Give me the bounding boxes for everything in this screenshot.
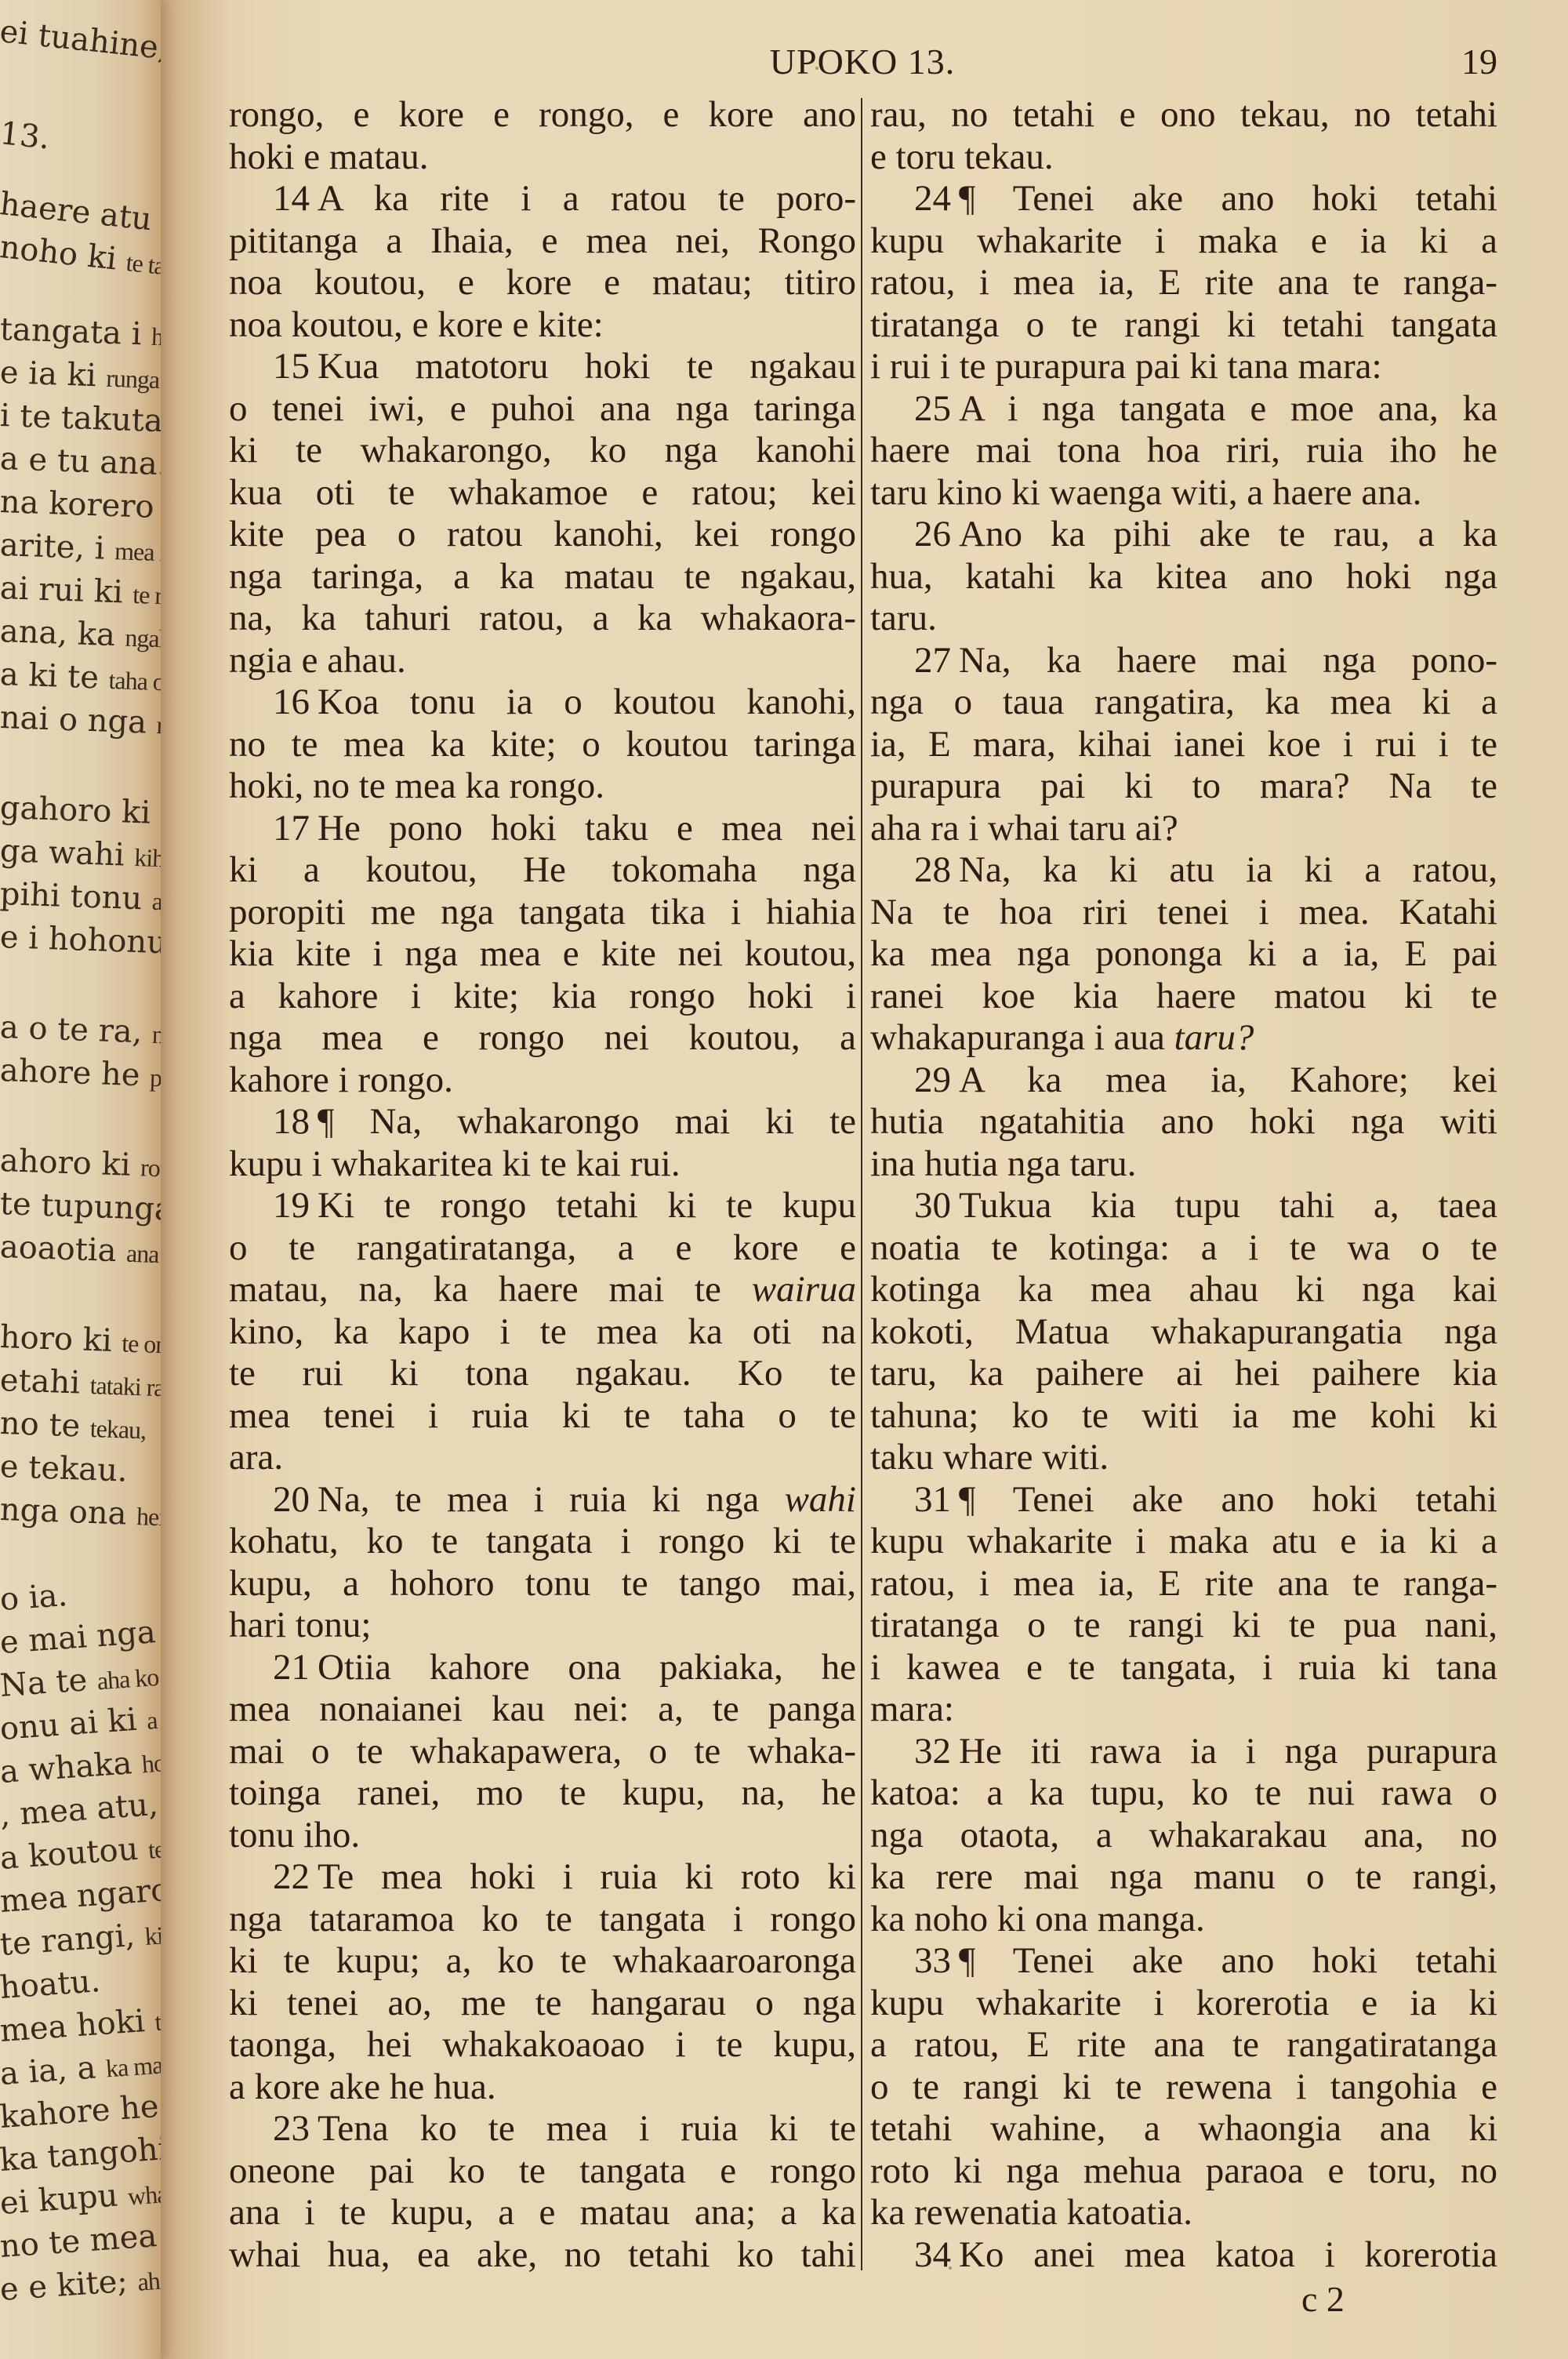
fragment-text: te tupunga <box>0 1186 161 1228</box>
fragment-compressed-text: ka ma <box>105 2051 161 2083</box>
previous-page-text-fragment: onu ai ki a rato <box>0 1699 161 1745</box>
line-text: ka rewenatia katoatia. <box>870 2192 1192 2233</box>
text-line: taku whare witi. <box>870 1437 1497 1479</box>
verse-number: 19 <box>273 1185 310 1226</box>
fragment-text: mea ngaro <box>0 1871 161 1920</box>
line-text: kupu, a hohoro tonu te tango mai, <box>229 1563 856 1604</box>
paper-speck <box>949 2266 952 2270</box>
page-number: 19 <box>1461 41 1497 82</box>
line-text: aha ra i whai taru ai? <box>870 808 1178 849</box>
text-line: toinga ranei, mo te kupu, na, he <box>229 1772 856 1815</box>
line-text: e toru tekau. <box>870 136 1054 177</box>
line-text: ki te kupu; a, ko te whakaaroaronga <box>229 1940 856 1981</box>
text-line: kino, ka kapo i te mea ka oti na <box>229 1311 856 1354</box>
text-line: nga tataramoa ko te tangata i rongo <box>229 1899 856 1941</box>
fragment-text: no te <box>0 1405 91 1445</box>
line-text: ¶ Tenei ake ano hoki tetahi <box>959 1940 1497 1981</box>
fragment-text: e e kite; <box>0 2263 139 2308</box>
previous-page-text-fragment: hoatu. <box>0 1965 101 2004</box>
fragment-text: ahoro ki <box>0 1143 141 1183</box>
text-line: ki a koutou, He tokomaha nga <box>229 849 856 892</box>
previous-page-text-fragment: a whaka hoking <box>0 1743 161 1788</box>
line-text: Kua matotoru hoki te ngakau <box>318 346 856 387</box>
line-text: ¶ Tenei ake ano hoki tetahi <box>959 1479 1497 1520</box>
text-line: ka rere mai nga manu o te rangi, <box>870 1856 1497 1899</box>
verse-number: 32 <box>914 1731 951 1772</box>
fragment-text: e tekau. <box>0 1448 128 1489</box>
line-text: A i nga tangata e moe ana, ka <box>959 388 1497 429</box>
verse-start-line: 25A i nga tangata e moe ana, ka <box>870 388 1497 431</box>
previous-page-text-fragment: Na te aha ko <box>0 1659 159 1702</box>
previous-page-text-fragment: , mea atu, No <box>0 1786 161 1830</box>
line-text: pititanga a Ihaia, e mea nei, Rongo <box>229 220 856 261</box>
line-text: ka noho ki ona manga. <box>870 1899 1205 1939</box>
line-text: ara. <box>229 1437 283 1478</box>
fragment-text: arite, i <box>0 527 115 567</box>
text-line: noa koutou, e kore e kite: <box>229 304 856 347</box>
italic-word: taru? <box>1174 1017 1254 1058</box>
text-line: kite pea o ratou kanohi, kei rongo <box>229 514 856 556</box>
fragment-text: ahore he <box>0 1052 151 1094</box>
text-line: kua oti te whakamoe e ratou; kei <box>229 472 856 514</box>
verse-number: 17 <box>273 808 310 849</box>
text-line: o te rangi ki te rewena i tangohia e <box>870 2066 1497 2109</box>
fragment-text: a koutou <box>0 1830 149 1877</box>
text-line: nga taringa, a ka matau te ngakau, <box>229 556 856 598</box>
text-line: ki tenei ao, me te hangarau o nga <box>229 1983 856 2025</box>
fragment-text: ana, ka <box>0 613 125 654</box>
text-line: pititanga a Ihaia, e mea nei, Rongo <box>229 220 856 263</box>
text-line: mai o te whakapawera, o te whaka- <box>229 1731 856 1773</box>
text-line: nga o taua rangatira, ka mea ki a <box>870 682 1497 724</box>
fragment-text: mea hoki <box>0 2002 156 2049</box>
text-line: ranei koe kia haere matou ki te <box>870 976 1497 1018</box>
text-line: katoa: a ka tupu, ko te nui rawa o <box>870 1772 1497 1815</box>
line-text: o tenei iwi, e puhoi ana nga taringa <box>229 388 856 429</box>
text-line: ka noho ki ona manga. <box>870 1899 1497 1941</box>
fragment-compressed-text: hoking <box>141 1746 161 1779</box>
verse-number: 16 <box>273 682 310 722</box>
previous-page-text-fragment: te rangi, ki <box>0 1918 161 1961</box>
line-text: nga mea e rongo nei koutou, a <box>229 1017 856 1058</box>
verse-number: 26 <box>914 514 951 554</box>
fragment-text: e mai nga <box>0 1613 161 1661</box>
line-text: ana i te kupu, a e matau ana; a ka <box>229 2192 856 2233</box>
text-line: kotinga ka mea ahau ki nga kai <box>870 1269 1497 1311</box>
verse-start-line: 21Otiia kahore ona pakiaka, he <box>229 1647 856 1689</box>
line-text: matau, na, ka haere mai te <box>229 1269 721 1310</box>
line-text: hoki, no te mea ka rongo. <box>229 765 604 806</box>
text-line: kahore i rongo. <box>229 1060 856 1102</box>
previous-page-text-fragment: mea ngaro o <box>0 1873 161 1917</box>
text-line: kupu whakarite i maka e ia ki a <box>870 220 1497 263</box>
line-text: a ratou, E rite ana te rangatiratanga <box>870 2024 1497 2065</box>
fragment-text: hoatu. <box>0 1963 102 2006</box>
previous-page-text-fragment: arite, i mea i <box>0 529 161 566</box>
text-line: hutia ngatahitia ano hoki nga witi <box>870 1101 1497 1143</box>
fragment-text: pihi tonu <box>0 876 153 918</box>
text-line: hoki e matau. <box>229 136 856 179</box>
line-text: taku whare witi. <box>870 1437 1109 1478</box>
fragment-text: onu ai ki <box>0 1701 148 1747</box>
line-text: na, ka tahuri ratou, a ka whakaora- <box>229 598 856 638</box>
text-line: no te mea ka kite; o koutou taringa <box>229 724 856 766</box>
line-text: kupu whakarite i maka e ia ki a <box>870 220 1497 261</box>
previous-page-text-fragment: no te mea ahak <box>0 2216 161 2263</box>
verse-number: 18 <box>273 1101 310 1142</box>
text-line: roto ki nga mehua paraoa e toru, no <box>870 2150 1497 2193</box>
line-text: whakapuranga i aua <box>870 1017 1165 1058</box>
text-line: tetahi wahine, a whaongia ana ki <box>870 2108 1497 2150</box>
line-text: Na, te mea i ruia ki nga <box>318 1479 759 1520</box>
line-text: kupu whakarite i korerotia e ia ki <box>870 1983 1497 2023</box>
text-line: mea nonaianei kau nei: a, te panga <box>229 1688 856 1731</box>
verse-number: 34 <box>914 2234 951 2275</box>
text-line: matau, na, ka haere mai te wairua <box>229 1269 856 1311</box>
previous-page-text-fragment: a ki te taha o <box>0 659 161 696</box>
verse-number: 29 <box>914 1060 951 1100</box>
line-text: ia, E mara, kihai ianei koe i rui i te <box>870 724 1497 765</box>
line-text: katoa: a ka tupu, ko te nui rawa o <box>870 1772 1497 1813</box>
verse-start-line: 17He pono hoki taku e mea nei <box>229 808 856 850</box>
running-header: UPOKO 13. 19 <box>227 39 1497 86</box>
line-text: A ka mea ia, Kahore; kei <box>959 1060 1497 1100</box>
text-line: kokoti, Matua whakapurangatia nga <box>870 1311 1497 1354</box>
line-text: ka rere mai nga manu o te rangi, <box>870 1856 1497 1897</box>
fragment-text: , mea atu, <box>0 1786 161 1834</box>
text-line: ratou, i mea ia, E rite ana te ranga- <box>870 1563 1497 1605</box>
text-line: taru, ka paihere ai hei paihere kia <box>870 1353 1497 1395</box>
text-line: ka mea nga pononga ki a ia, E pai <box>870 933 1497 976</box>
previous-page-text-fragment: 13. <box>0 118 51 154</box>
line-text: Ki te rongo tetahi ki te kupu <box>318 1185 856 1226</box>
previous-page-text-fragment: e e kite; ahak <box>0 2262 161 2306</box>
fragment-text: ei tuahine, <box>0 13 161 68</box>
text-line: i rui i te purapura pai ki tana mara: <box>870 346 1497 388</box>
fragment-compressed-text: te onea <box>122 1329 161 1359</box>
previous-page-text-fragment: i te takutai ai <box>0 400 161 438</box>
text-line: purapura pai ki to mara? Na te <box>870 765 1497 808</box>
text-line: whai hua, ea ake, no tetahi ko tahi <box>229 2234 856 2277</box>
text-line: ina hutia nga taru. <box>870 1143 1497 1186</box>
line-text: o te rangatiratanga, a e kore e <box>229 1227 856 1268</box>
text-line: o tenei iwi, e puhoi ana nga taringa <box>229 388 856 431</box>
line-text: ratou, i mea ia, E rite ana te ranga- <box>870 262 1497 303</box>
fragment-text: o ia. <box>0 1577 69 1618</box>
chapter-heading: UPOKO 13. <box>227 41 1497 82</box>
line-text: Tukua kia tupu tahi a, taea <box>959 1185 1497 1226</box>
text-line: mea tenei i ruia ki te taha o te <box>229 1395 856 1438</box>
verse-number: 14 <box>273 178 310 219</box>
line-text: kahore i rongo. <box>229 1060 453 1100</box>
line-text: ki tenei ao, me te hangarau o nga <box>229 1983 856 2023</box>
text-line: taru. <box>870 598 1497 640</box>
line-text: oneone pai ko te tangata e rongo <box>229 2150 856 2191</box>
line-text: ratou, i mea ia, E rite ana te ranga- <box>870 1563 1497 1604</box>
line-text: hua, katahi ka kitea ano hoki nga <box>870 556 1497 597</box>
fragment-text: a e tu ana. <box>0 441 161 482</box>
text-line: ki te kupu; a, ko te whakaaroaronga <box>229 1940 856 1983</box>
verse-number: 22 <box>273 1856 310 1897</box>
fragment-text: ei kupu <box>0 2177 129 2222</box>
verse-start-line: 15Kua matotoru hoki te ngakau <box>229 346 856 388</box>
previous-page-text-fragment: pihi tonu ah <box>0 878 161 916</box>
previous-page-text-fragment: ga wahi kiha <box>0 835 161 873</box>
fragment-compressed-text: teta <box>154 2005 161 2036</box>
line-text: nga tataramoa ko te tangata i rongo <box>229 1899 856 1939</box>
previous-page-text-fragment: no te tekau, <box>0 1408 147 1444</box>
verse-start-line: 33¶ Tenei ake ano hoki tetahi <box>870 1940 1497 1983</box>
fragment-compressed-text: nga <box>151 1020 161 1049</box>
paper-speck <box>925 2117 928 2121</box>
line-text: ka mea nga pononga ki a ia, E pai <box>870 933 1497 974</box>
text-line: tahuna; ko te witi ia me kohi ki <box>870 1395 1497 1438</box>
previous-page-text-fragment: kahore he mea <box>0 2088 161 2133</box>
line-text: Tena ko te mea i ruia ki te <box>318 2108 856 2149</box>
line-text: A ka rite i a ratou te poro- <box>318 178 856 219</box>
verse-start-line: 16Koa tonu ia o koutou kanohi, <box>229 682 856 724</box>
fragment-compressed-text: taha o <box>108 666 161 696</box>
text-line: na, ka tahuri ratou, a ka whakaora- <box>229 598 856 640</box>
text-line: noa koutou, e kore e matau; titiro <box>229 262 856 304</box>
fragment-text: a ki te <box>0 656 109 696</box>
previous-page-text-fragment: na korero ki <box>0 486 161 524</box>
line-text: He pono hoki taku e mea nei <box>318 808 856 849</box>
previous-page-text-fragment: aoaotia ana <box>0 1231 159 1268</box>
book-page-photo: ei tuahine, ki13. haere atu a Ihnoho ki … <box>0 0 1568 2359</box>
line-text: o te rangi ki te rewena i tangohia e <box>870 2066 1497 2107</box>
text-line: ana i te kupu, a e matau ana; a ka <box>229 2192 856 2234</box>
line-text: a kahore i kite; kia rongo hoki i <box>229 976 856 1016</box>
verse-start-line: 34Ko anei mea katoa i korerotia <box>870 2234 1497 2277</box>
text-line: kupu whakarite i korerotia e ia ki <box>870 1983 1497 2025</box>
text-line: ara. <box>229 1437 856 1479</box>
verse-number: 28 <box>914 849 951 890</box>
line-text: kua oti te whakamoe e ratou; kei <box>229 472 856 513</box>
line-text: rau, no tetahi e ono tekau, no tetahi <box>870 94 1497 135</box>
previous-page-text-fragment: a koutou te m <box>0 1830 161 1874</box>
fragment-text: ai rui ki <box>0 570 133 611</box>
line-text: poropiti me nga tangata tika i hiahia <box>229 892 856 932</box>
verse-start-line: 22Te mea hoki i ruia ki roto ki <box>229 1856 856 1899</box>
line-text: haere mai tona hoa riri, ruia iho he <box>870 430 1497 471</box>
fragment-compressed-text: ngaho <box>125 623 161 654</box>
previous-page-text-fragment: ai rui ki te r <box>0 572 161 609</box>
text-line: taonga, hei whakakoaoao i te kupu, <box>229 2024 856 2066</box>
verse-start-line: 30Tukua kia tupu tahi a, taea <box>870 1185 1497 1227</box>
verse-start-line: 14A ka rite i a ratou te poro- <box>229 178 856 220</box>
line-text: hari tonu; <box>229 1605 371 1645</box>
line-text: mea tenei i ruia ki te taha o te <box>229 1395 856 1436</box>
line-text: ¶ Tenei ake ano hoki tetahi <box>959 178 1497 219</box>
line-text: ¶ Na, whakarongo mai ki te <box>318 1101 856 1142</box>
text-line: a ratou, E rite ana te rangatiratanga <box>870 2024 1497 2066</box>
verse-start-line: 27Na, ka haere mai nga pono- <box>870 640 1497 682</box>
verse-number: 23 <box>273 2108 310 2149</box>
previous-page-text-fragment: ka tangohia i a <box>0 2130 161 2176</box>
text-line: tiratanga o te rangi ki te pua nani, <box>870 1605 1497 1647</box>
fragment-text: na korero <box>0 484 161 525</box>
text-line: i kawea e te tangata, i ruia ki tana <box>870 1647 1497 1689</box>
fragment-text: Na te <box>0 1661 98 1704</box>
fragment-compressed-text: putak <box>150 1063 161 1093</box>
line-text: mara: <box>870 1688 954 1729</box>
verse-start-line: 24¶ Tenei ake ano hoki tetahi <box>870 178 1497 220</box>
text-line: kupu, a hohoro tonu te tango mai, <box>229 1563 856 1605</box>
fragment-text: etahi <box>0 1362 91 1401</box>
text-line: mara: <box>870 1688 1497 1731</box>
line-text: tetahi wahine, a whaongia ana ki <box>870 2108 1497 2149</box>
fragment-text: no te mea <box>0 2217 161 2265</box>
line-text: no te mea ka kite; o koutou taringa <box>229 724 856 765</box>
left-text-column: rongo, e kore e rongo, e kore anohoki e … <box>229 94 856 2276</box>
verse-number: 15 <box>273 346 310 387</box>
line-text: nga otaota, a whakarakau ana, no <box>870 1815 1497 1856</box>
line-text: kino, ka kapo i te mea ka oti na <box>229 1311 856 1352</box>
text-line: ia, E mara, kihai ianei koe i rui i te <box>870 724 1497 766</box>
signature-mark: c 2 <box>1301 2278 1345 2320</box>
line-text: purapura pai ki to mara? Na te <box>870 765 1497 806</box>
fragment-text: kahore he <box>0 2088 161 2135</box>
fragment-text: nai o nga <box>0 700 158 741</box>
fragment-compressed-text: ahak <box>136 2265 161 2296</box>
line-text: hutia ngatahitia ano hoki nga witi <box>870 1101 1497 1142</box>
text-line: rongo, e kore e rongo, e kore ano <box>229 94 856 136</box>
previous-page-text-fragment: tangata i huih <box>0 314 161 352</box>
line-text: kotinga ka mea ahau ki nga kai <box>870 1269 1497 1310</box>
verse-start-line: 23Tena ko te mea i ruia ki te <box>229 2108 856 2150</box>
previous-page-text-fragment: mea hoki teta <box>0 2002 161 2047</box>
line-text: tiratanga o te rangi ki te pua nani, <box>870 1605 1497 1645</box>
previous-page-text-fragment: ei tuahine, ki <box>0 16 161 67</box>
text-line: hari tonu; <box>229 1605 856 1647</box>
text-line: ka rewenatia katoatia. <box>870 2192 1497 2234</box>
previous-page-text-fragment: a ia, a ka ma <box>0 2048 161 2090</box>
previous-page-text-fragment: ahoro ki roto <box>0 1145 161 1183</box>
line-text: Na, ka haere mai nga pono- <box>959 640 1497 681</box>
previous-page-text-fragment: e mai nga akong <box>0 1612 161 1659</box>
fragment-text: noho ki <box>0 229 129 278</box>
previous-page-text-fragment: e ia ki runga <box>0 357 160 394</box>
previous-page-edge: ei tuahine, ki13. haere atu a Ihnoho ki … <box>0 0 161 2359</box>
fragment-compressed-text: te tah <box>125 248 161 282</box>
fragment-text: aoaotia <box>0 1229 127 1270</box>
right-text-column: rau, no tetahi e ono tekau, no tetahie t… <box>870 94 1497 2276</box>
text-line: oneone pai ko te tangata e rongo <box>229 2150 856 2193</box>
text-line: taru kino ki waenga witi, a haere ana. <box>870 472 1497 514</box>
text-line: kohatu, ko te tangata i rongo ki te <box>229 1521 856 1563</box>
line-text: toinga ranei, mo te kupu, na, he <box>229 1772 856 1813</box>
line-text: ranei koe kia haere matou ki te <box>870 976 1497 1016</box>
verse-start-line: 20Na, te mea i ruia ki nga wahi <box>229 1479 856 1521</box>
previous-page-text-fragment: gahoro ki ng <box>0 792 161 830</box>
previous-page-text-fragment: e tekau. <box>0 1451 128 1487</box>
verse-start-line: 28Na, ka ki atu ia ki a ratou, <box>870 849 1497 892</box>
line-text: Te mea hoki i ruia ki roto ki <box>318 1856 856 1897</box>
text-line: tonu iho. <box>229 1815 856 1857</box>
fragment-compressed-text: te r <box>132 580 161 609</box>
fragment-text: a o te ra, <box>0 1009 153 1051</box>
verse-number: 31 <box>914 1479 951 1520</box>
fragment-text: ga wahi <box>0 833 135 874</box>
text-line: e toru tekau. <box>870 136 1497 179</box>
line-text: taru. <box>870 598 937 638</box>
previous-page-text-fragment: a o te ra, nga <box>0 1012 161 1049</box>
previous-page-text-fragment: ana, ka ngaho <box>0 616 161 653</box>
fragment-compressed-text: runga <box>106 364 160 394</box>
fragment-compressed-text: tataki ra <box>89 1371 161 1401</box>
verse-number: 30 <box>914 1185 951 1226</box>
fragment-compressed-text: a rato <box>146 1703 161 1735</box>
previous-page-text-fragment: e i hohonu <box>0 921 161 958</box>
text-line: rau, no tetahi e ono tekau, no tetahi <box>870 94 1497 136</box>
fragment-compressed-text: tekau, <box>89 1414 147 1444</box>
text-line: haere mai tona hoa riri, ruia iho he <box>870 430 1497 472</box>
verse-number: 27 <box>914 640 951 681</box>
text-line: aha ra i whai taru ai? <box>870 808 1497 850</box>
previous-page-text-fragment: te tupunga ake <box>0 1188 161 1227</box>
previous-page-text-fragment: ahore he putak <box>0 1055 161 1093</box>
line-text: roto ki nga mehua paraoa e toru, no <box>870 2150 1497 2191</box>
line-text: ngia e ahau. <box>229 640 406 681</box>
fragment-text: a ia, a <box>0 2049 107 2092</box>
text-line: poropiti me nga tangata tika i hiahia <box>229 892 856 934</box>
line-text: i rui i te purapura pai ki tana mara: <box>870 346 1382 387</box>
text-line: Na te hoa riri tenei i mea. Katahi <box>870 892 1497 934</box>
fragment-text: e ia ki <box>0 354 107 394</box>
fragment-compressed-text: hei wh <box>136 1502 161 1532</box>
italic-word: wairua <box>752 1269 856 1310</box>
line-text: kohatu, ko te tangata i rongo ki te <box>229 1521 856 1561</box>
fragment-compressed-text: whakar <box>127 2177 161 2210</box>
line-text: mea nonaianei kau nei: a, te panga <box>229 1688 856 1729</box>
verse-number: 25 <box>914 388 951 429</box>
text-line: a kahore i kite; kia rongo hoki i <box>229 976 856 1018</box>
line-text: Na, ka ki atu ia ki a ratou, <box>959 849 1497 890</box>
line-text: ina hutia nga taru. <box>870 1143 1136 1184</box>
line-text: taonga, hei whakakoaoao i te kupu, <box>229 2024 856 2065</box>
line-text: kite pea o ratou kanohi, kei rongo <box>229 514 856 554</box>
verse-start-line: 26Ano ka pihi ake te rau, a ka <box>870 514 1497 556</box>
column-rule <box>861 98 862 2270</box>
line-text: kia kite i nga mea e kite nei koutou, <box>229 933 856 974</box>
fragment-text: 13. <box>0 115 52 156</box>
fragment-compressed-text: ana <box>126 1239 160 1268</box>
fragment-text: gahoro ki <box>0 790 161 831</box>
text-line: ki te whakarongo, ko nga kanohi <box>229 430 856 472</box>
line-text: te rui ki tona ngakau. Ko te <box>229 1353 856 1394</box>
text-line: hoki, no te mea ka rongo. <box>229 765 856 808</box>
verse-number: 33 <box>914 1940 951 1981</box>
text-line: hua, katahi ka kitea ano hoki nga <box>870 556 1497 598</box>
text-line: ratou, i mea ia, E rite ana te ranga- <box>870 262 1497 304</box>
verse-start-line: 18¶ Na, whakarongo mai ki te <box>229 1101 856 1143</box>
text-line: o te rangatiratanga, a e kore e <box>229 1227 856 1270</box>
previous-page-text-fragment: horo ki te onea <box>0 1321 161 1359</box>
previous-page-text-fragment: ei kupu whakar <box>0 2175 161 2219</box>
verse-number: 21 <box>273 1647 310 1688</box>
text-line: whakapuranga i aua taru? <box>870 1017 1497 1060</box>
text-line: kupu whakarite i maka atu e ia ki a <box>870 1521 1497 1563</box>
text-line: nga mea e rongo nei koutou, a <box>229 1017 856 1060</box>
verse-start-line: 32He iti rawa ia i nga purapura <box>870 1731 1497 1773</box>
text-line: tiratanga o te rangi ki tetahi tangata <box>870 304 1497 347</box>
fragment-compressed-text: aha ko <box>96 1663 160 1695</box>
paper-speck <box>815 67 818 70</box>
verse-number: 20 <box>273 1479 310 1520</box>
line-text: noa koutou, e kore e matau; titiro <box>229 262 856 303</box>
fragment-text: ka tangohia <box>0 2129 161 2179</box>
